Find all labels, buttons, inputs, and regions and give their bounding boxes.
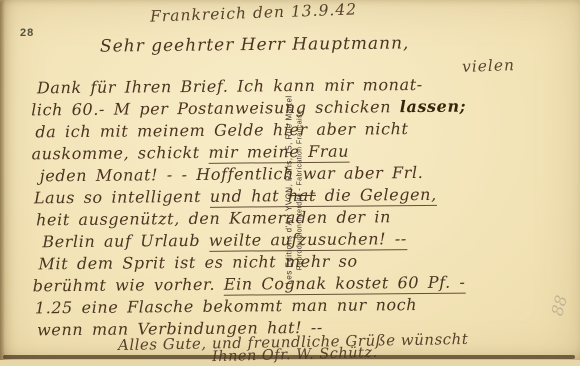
handwritten-segment: mir meine Frau — [208, 142, 349, 164]
handwritten-segment: und hat — [210, 186, 288, 208]
handwritten-segment: auskomme, schickt — [31, 143, 208, 164]
handwritten-segment: lich 60.- M per Postanweisung schicken — [31, 97, 400, 119]
handwritten-segment: Berlin auf Urlaub — [42, 231, 209, 251]
handwritten-segment: 1.25 eine Flasche bekommt man nur noch — [35, 295, 417, 317]
card-edge-shadow-left — [0, 0, 5, 366]
handwritten-segment: Dank für Ihren Brief. Ich kann mir monat… — [37, 75, 423, 97]
handwritten-segment: Laus so intelligent — [34, 187, 210, 208]
handwritten-segment: da ich mit meinem Gelde hier aber nicht — [35, 119, 408, 141]
handwritten-segment: die Gelegen, — [316, 185, 437, 207]
handwritten-segment: lassen; — [400, 97, 467, 117]
postcard-scan: 28 Frankreich den 13.9.42 Sehr geehrter … — [0, 0, 580, 366]
handwriting-body: Dank für Ihren Brief. Ich kann mir monat… — [31, 73, 578, 342]
reproduction-notice: Reproduction interdite - Fabrication Fra… — [297, 110, 304, 270]
publisher-imprint: Les Editions d'Art YVON, Paris, 15, Rue … — [285, 95, 294, 284]
handwritten-segment: jeden Monat! - - Hoffentlich war aber Fr… — [40, 163, 424, 185]
handwritten-salutation: Sehr geehrter Herr Hauptmann, — [100, 33, 410, 56]
handwritten-segment: weilte aufzusuchen! -- — [209, 229, 407, 252]
handwritten-segment: Ein Cognak kostet 60 Pf. - — [224, 273, 466, 296]
postcard-paper: 28 Frankreich den 13.9.42 Sehr geehrter … — [0, 0, 580, 366]
handwritten-segment: heit ausgenützt, den Kameraden der in — [36, 207, 391, 229]
handwritten-segment: berühmt wie vorher. — [33, 275, 224, 296]
handwritten-dateline: Frankreich den 13.9.42 — [150, 0, 358, 25]
handwritten-segment: Mit dem Sprit ist es nicht mehr so — [38, 252, 357, 274]
printed-card-number: 28 — [20, 27, 34, 39]
